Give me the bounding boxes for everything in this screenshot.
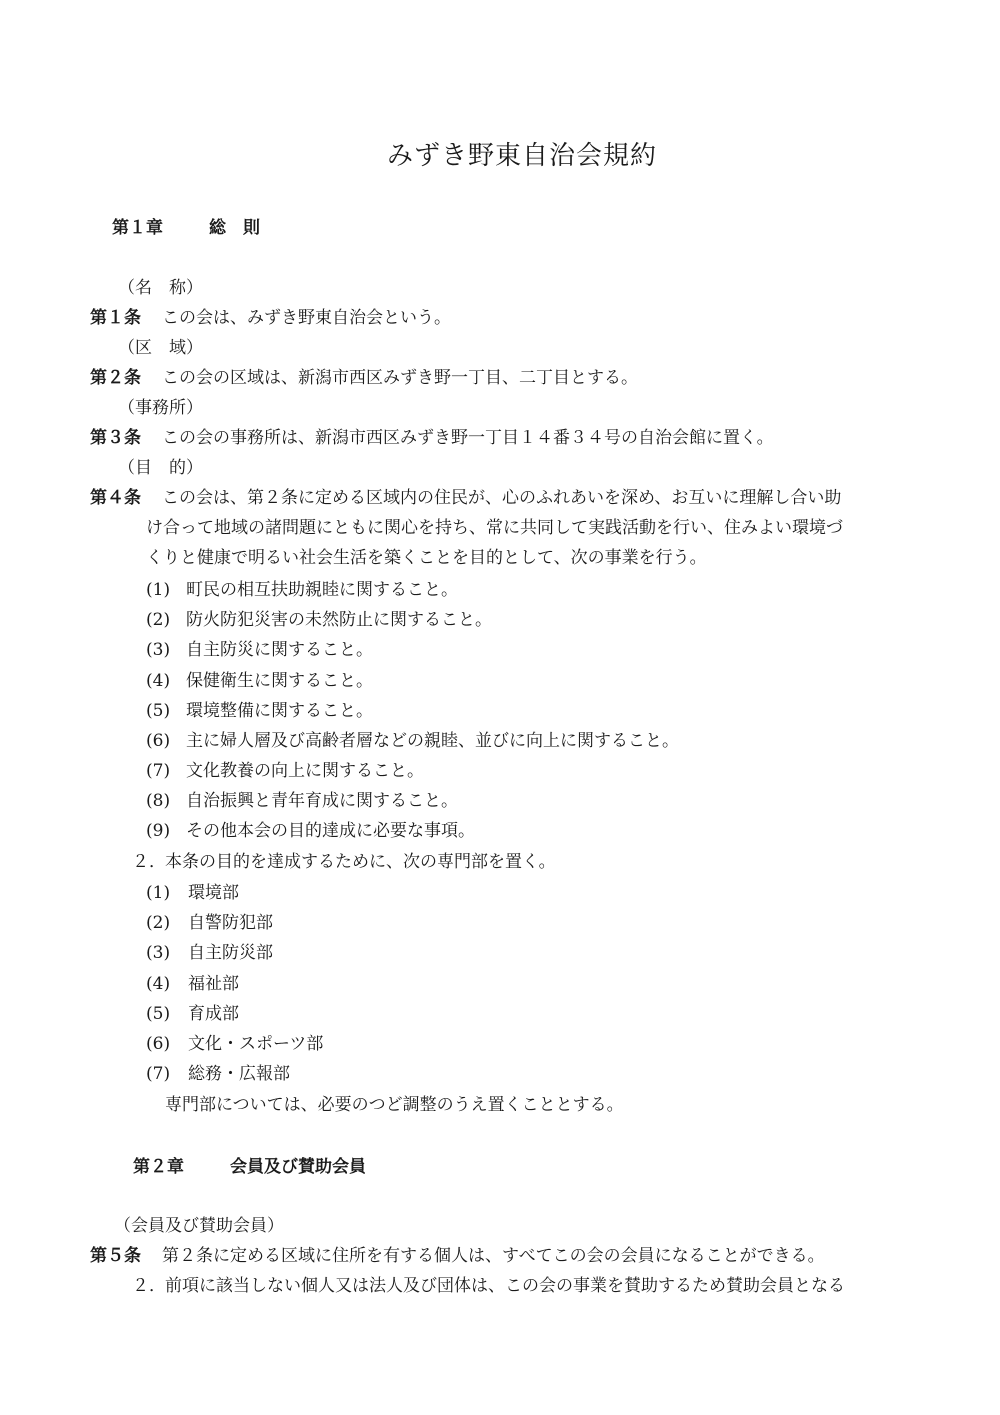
article-2: 第２条この会の区域は、新潟市西区みずき野一丁目、二丁目とする。	[90, 367, 638, 389]
item-text: 防火防犯災害の未然防止に関すること。	[186, 610, 492, 630]
article-caption: （区 域）	[118, 337, 203, 359]
item-number: (2)	[146, 609, 186, 631]
article-4: 第４条この会は、第２条に定める区域内の住民が、心のふれあいを深め、お互いに理解し…	[90, 487, 841, 509]
department-name: 総務・広報部	[188, 1064, 290, 1084]
item-text: 保健衛生に関すること。	[186, 671, 373, 691]
department-item: (4)福祉部	[146, 973, 239, 995]
item-number: (8)	[146, 790, 186, 812]
article-5: 第５条第２条に定める区域に住所を有する個人は、すべてこの会の会員になることができ…	[90, 1245, 825, 1267]
department-item: (2)自警防犯部	[146, 912, 273, 934]
item-number: (5)	[146, 1003, 188, 1025]
item-text: 主に婦人層及び高齢者層などの親睦、並びに向上に関すること。	[186, 731, 679, 751]
paragraph-text: 前項に該当しない個人又は法人及び団体は、この会の事業を賛助するため賛助会員となる	[165, 1276, 845, 1296]
item-number: (3)	[146, 639, 186, 661]
item-number: (9)	[146, 820, 186, 842]
department-name: 環境部	[188, 883, 239, 903]
item-text: 環境整備に関すること。	[186, 701, 373, 721]
department-note: 専門部については、必要のつど調整のうえ置くこととする。	[165, 1094, 624, 1116]
list-item: (3)自主防災に関すること。	[146, 639, 373, 661]
item-text: 自主防災に関すること。	[186, 640, 373, 660]
article-text-line: くりと健康で明るい社会生活を築くことを目的として、次の事業を行う。	[146, 547, 707, 569]
item-text: 自治振興と青年育成に関すること。	[186, 791, 458, 811]
article-1: 第１条この会は、みずき野東自治会という。	[90, 307, 451, 329]
item-text: 文化教養の向上に関すること。	[186, 761, 424, 781]
item-number: (7)	[146, 1063, 188, 1085]
chapter-2-heading: 第２章会員及び賛助会員	[133, 1156, 366, 1178]
item-text: 町民の相互扶助親睦に関すること。	[186, 580, 458, 600]
department-item: (6)文化・スポーツ部	[146, 1033, 323, 1055]
department-name: 自主防災部	[188, 943, 273, 963]
article-text: この会の区域は、新潟市西区みずき野一丁目、二丁目とする。	[162, 368, 638, 388]
article-caption: （会員及び賛助会員）	[114, 1215, 284, 1237]
article-text: この会は、みずき野東自治会という。	[162, 308, 451, 328]
article-label: 第１条	[90, 307, 162, 329]
paragraph-number: ２．	[132, 851, 165, 873]
chapter-number: 第１章	[112, 218, 163, 238]
article-label: 第３条	[90, 427, 162, 449]
item-number: (2)	[146, 912, 188, 934]
list-item: (2)防火防犯災害の未然防止に関すること。	[146, 609, 492, 631]
chapter-title: 総 則	[209, 218, 260, 238]
article-text-line: け合って地域の諸問題にともに関心を持ち、常に共同して実践活動を行い、住みよい環境…	[146, 517, 843, 539]
department-name: 文化・スポーツ部	[188, 1034, 323, 1054]
list-item: (8)自治振興と青年育成に関すること。	[146, 790, 458, 812]
article-3: 第３条この会の事務所は、新潟市西区みずき野一丁目１４番３４号の自治会館に置く。	[90, 427, 774, 449]
department-name: 自警防犯部	[188, 913, 273, 933]
department-item: (5)育成部	[146, 1003, 239, 1025]
article-text: 第２条に定める区域に住所を有する個人は、すべてこの会の会員になることができる。	[162, 1246, 825, 1266]
article-caption: （事務所）	[118, 397, 203, 419]
item-number: (5)	[146, 700, 186, 722]
chapter-1-heading: 第１章総 則	[112, 217, 260, 239]
chapter-title: 会員及び賛助会員	[230, 1157, 366, 1177]
item-number: (6)	[146, 730, 186, 752]
article-label: 第２条	[90, 367, 162, 389]
paragraph-text: 本条の目的を達成するために、次の専門部を置く。	[165, 852, 556, 872]
chapter-number: 第２章	[133, 1157, 184, 1177]
article-caption: （名 称）	[118, 277, 203, 299]
item-text: その他本会の目的達成に必要な事項。	[186, 821, 475, 841]
paragraph-2: ２．前項に該当しない個人又は法人及び団体は、この会の事業を賛助するため賛助会員と…	[132, 1275, 845, 1297]
item-number: (1)	[146, 882, 188, 904]
list-item: (5)環境整備に関すること。	[146, 700, 373, 722]
department-name: 福祉部	[188, 974, 239, 994]
article-text: この会の事務所は、新潟市西区みずき野一丁目１４番３４号の自治会館に置く。	[162, 428, 774, 448]
article-label: 第４条	[90, 487, 162, 509]
list-item: (6)主に婦人層及び高齢者層などの親睦、並びに向上に関すること。	[146, 730, 679, 752]
item-number: (4)	[146, 973, 188, 995]
department-name: 育成部	[188, 1004, 239, 1024]
article-caption: （目 的）	[118, 457, 203, 479]
department-item: (1)環境部	[146, 882, 239, 904]
document-title: みずき野東自治会規約	[387, 140, 657, 172]
list-item: (1)町民の相互扶助親睦に関すること。	[146, 579, 458, 601]
article-text-line: この会は、第２条に定める区域内の住民が、心のふれあいを深め、お互いに理解し合い助	[162, 488, 841, 508]
item-number: (3)	[146, 942, 188, 964]
article-label: 第５条	[90, 1245, 162, 1267]
list-item: (4)保健衛生に関すること。	[146, 670, 373, 692]
item-number: (1)	[146, 579, 186, 601]
item-number: (4)	[146, 670, 186, 692]
paragraph-number: ２．	[132, 1275, 165, 1297]
paragraph-2: ２．本条の目的を達成するために、次の専門部を置く。	[132, 851, 556, 873]
list-item: (9)その他本会の目的達成に必要な事項。	[146, 820, 475, 842]
department-item: (3)自主防災部	[146, 942, 273, 964]
item-number: (6)	[146, 1033, 188, 1055]
department-item: (7)総務・広報部	[146, 1063, 290, 1085]
list-item: (7)文化教養の向上に関すること。	[146, 760, 424, 782]
item-number: (7)	[146, 760, 186, 782]
